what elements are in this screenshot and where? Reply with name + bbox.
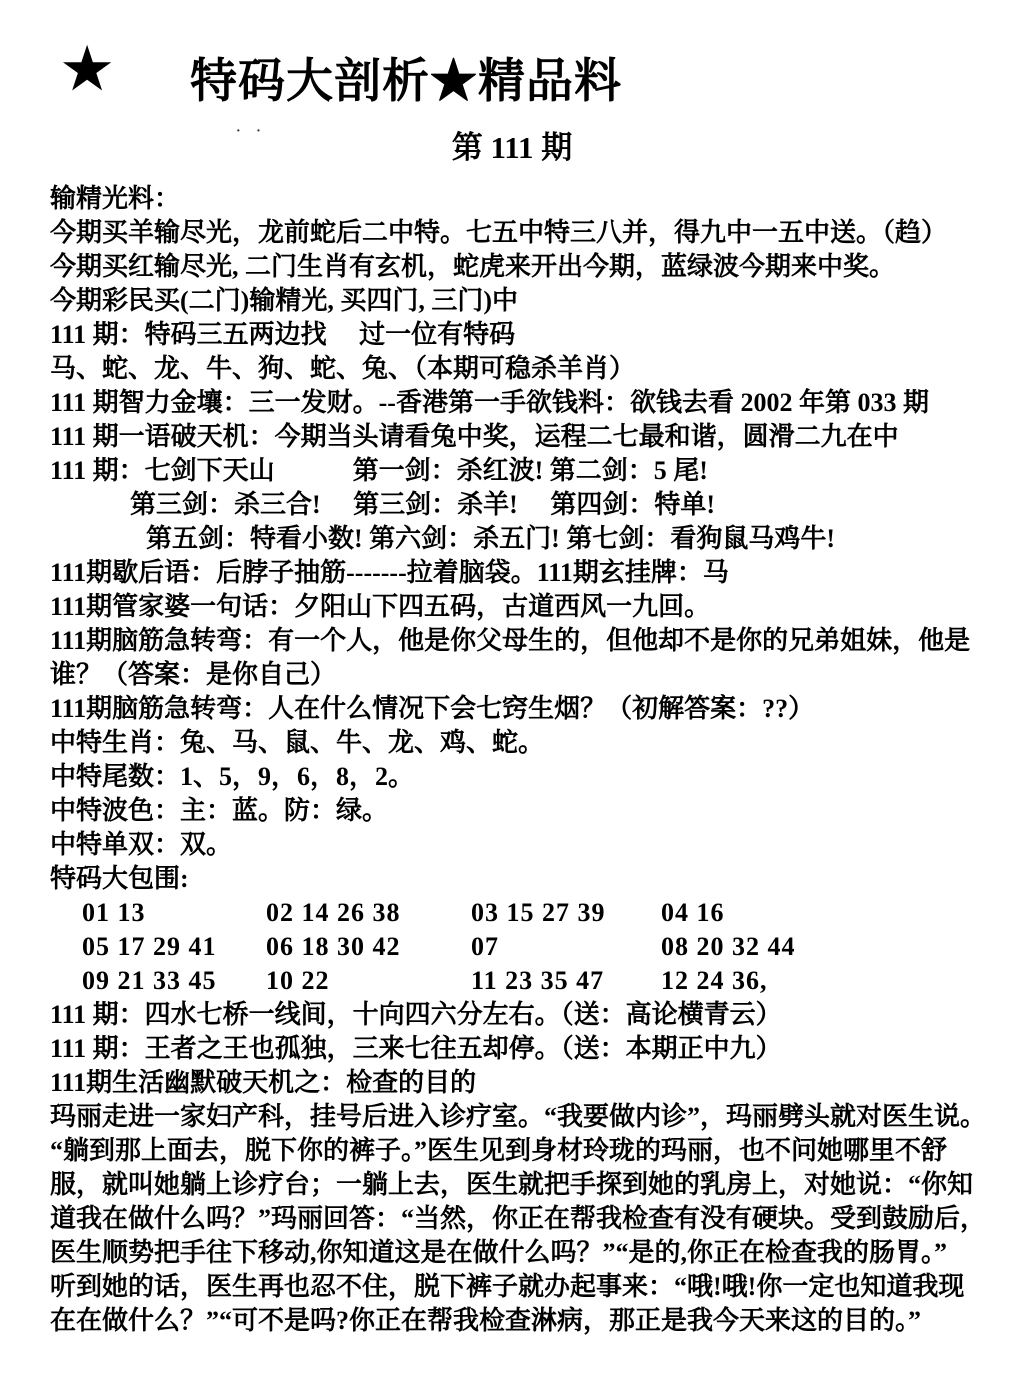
tip-line: 111期脑筋急转弯：人在什么情况下会七窍生烟？（初解答案：??） bbox=[50, 692, 980, 726]
story-line: 医生顺势把手往下移动,你知道这是在做什么吗？”“是的,你正在检查我的肠胃。” bbox=[50, 1236, 980, 1270]
tip-line-sword-row: 第三剑：杀三合! 第三剑：杀羊! 第四剑：特单! bbox=[50, 488, 980, 522]
tip-line: 今期彩民买(二门)输精光, 买四门, 三门)中 bbox=[50, 284, 980, 318]
grid-cell: 10 22 bbox=[266, 964, 471, 998]
tip-line-seven-swords: 111 期：七剑下天山 第一剑：杀红波! 第二剑：5 尾! bbox=[50, 454, 980, 488]
page-title: 特码大剖析★精品料 bbox=[190, 56, 622, 108]
grid-cell: 01 13 bbox=[82, 896, 266, 930]
story-line: “躺到那上面去，脱下你的裤子。”医生见到身材玲珑的玛丽，也不问她哪里不舒 bbox=[50, 1134, 980, 1168]
tip-line: 马、蛇、龙、牛、狗、蛇、兔、（本期可稳杀羊肖） bbox=[50, 352, 980, 386]
grid-cell: 05 17 29 41 bbox=[82, 930, 266, 964]
story-line: 听到她的话，医生再也忍不住，脱下裤子就办起事来：“哦!哦!你一定也知道我现 bbox=[50, 1270, 980, 1304]
grid-cell: 12 24 36, bbox=[661, 964, 980, 998]
tip-line: 中特尾数：1、5，9，6，8，2。 bbox=[50, 760, 980, 794]
grid-cell: 08 20 32 44 bbox=[661, 930, 980, 964]
story-line: 服，就叫她躺上诊疗台；一躺上去，医生就把手探到她的乳房上，对她说：“你知 bbox=[50, 1168, 980, 1202]
story-line: 玛丽走进一家妇产科，挂号后进入诊疗室。“我要做内诊”，玛丽劈头就对医生说。 bbox=[50, 1100, 980, 1134]
star-icon: ★ bbox=[62, 40, 112, 100]
story-line: 在在做什么？”“可不是吗?你正在帮我检查淋病，那正是我今天来这的目的。” bbox=[50, 1304, 980, 1338]
tip-line: 111 期：特码三五两边找 过一位有特码 bbox=[50, 318, 980, 352]
tip-line: 111 期一语破天机：今期当头请看兔中奖，运程二七最和谐，圆滑二九在中 bbox=[50, 420, 980, 454]
grid-cell: 11 23 35 47 bbox=[471, 964, 661, 998]
tip-line: 输精光料： bbox=[50, 182, 980, 216]
tip-line: 今期买羊输尽光，龙前蛇后二中特。七五中特三八并，得九中一五中送。（趋） bbox=[50, 216, 980, 250]
tip-line: 中特生肖：兔、马、鼠、牛、龙、鸡、蛇。 bbox=[50, 726, 980, 760]
humor-story: 玛丽走进一家妇产科，挂号后进入诊疗室。“我要做内诊”，玛丽劈头就对医生说。 “躺… bbox=[50, 1100, 980, 1338]
tip-line: 111 期：四水七桥一线间，十向四六分左右。（送：高论横青云） bbox=[50, 998, 980, 1032]
tip-line: 中特波色：主：蓝。防：绿。 bbox=[50, 794, 980, 828]
grid-cell: 04 16 bbox=[661, 896, 980, 930]
document-page: ★ 特码大剖析★精品料 · · 第 111 期 输精光料： 今期买羊输尽光，龙前… bbox=[0, 0, 1024, 1388]
tip-line: 谁？（答案：是你自己） bbox=[50, 658, 980, 692]
grid-cell: 09 21 33 45 bbox=[82, 964, 266, 998]
tip-line-sword-row: 第五剑：特看小数! 第六剑：杀五门! 第七剑：看狗鼠马鸡牛! bbox=[50, 522, 980, 556]
grid-cell: 06 18 30 42 bbox=[266, 930, 471, 964]
tip-line: 111期管家婆一句话：夕阳山下四五码，古道西风一九回。 bbox=[50, 590, 980, 624]
tip-line: 今期买红输尽光, 二门生肖有玄机，蛇虎来开出今期，蓝绿波今期来中奖。 bbox=[50, 250, 980, 284]
grid-label: 特码大包围: bbox=[50, 862, 980, 896]
grid-cell: 02 14 26 38 bbox=[266, 896, 471, 930]
grid-cell: 07 bbox=[471, 930, 661, 964]
numbers-grid: 01 13 02 14 26 38 03 15 27 39 04 16 05 1… bbox=[82, 896, 980, 998]
tip-line: 111期脑筋急转弯：有一个人，他是你父母生的，但他却不是你的兄弟姐妹，他是 bbox=[50, 624, 980, 658]
tip-line: 111 期：王者之王也孤独，三来七往五却停。（送：本期正中九） bbox=[50, 1032, 980, 1066]
issue-number: 第 111 期 bbox=[0, 130, 1024, 166]
tip-line: 111 期智力金壤：三一发财。--香港第一手欲钱料：欲钱去看 2002 年第 0… bbox=[50, 386, 980, 420]
tip-line: 中特单双：双。 bbox=[50, 828, 980, 862]
grid-cell: 03 15 27 39 bbox=[471, 896, 661, 930]
tip-line: 111期歇后语：后脖子抽筋-------拉着脑袋。111期玄挂牌：马 bbox=[50, 556, 980, 590]
story-title: 111期生活幽默破天机之：检查的目的 bbox=[50, 1066, 980, 1100]
document-body: 输精光料： 今期买羊输尽光，龙前蛇后二中特。七五中特三八并，得九中一五中送。（趋… bbox=[50, 182, 980, 1338]
story-line: 道我在做什么吗？”玛丽回答：“当然，你正在帮我检查有没有硬块。受到鼓励后， bbox=[50, 1202, 980, 1236]
